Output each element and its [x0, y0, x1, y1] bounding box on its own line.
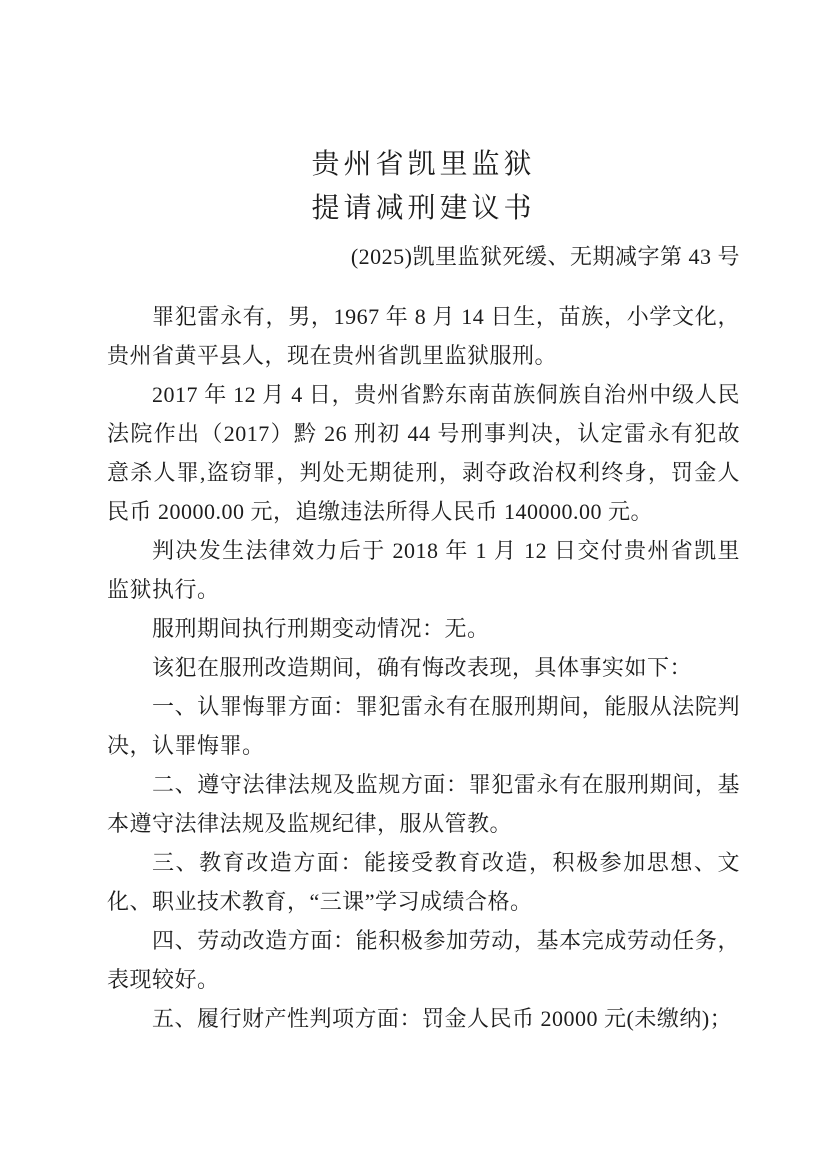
paragraph-item-2-compliance: 二、遵守法律法规及监规方面：罪犯雷永有在服刑期间，基本遵守法律法规及监规纪律，服…: [107, 765, 740, 843]
paragraph-term-changes: 服刑期间执行刑期变动情况：无。: [107, 609, 740, 648]
paragraph-prisoner-info: 罪犯雷永有，男，1967 年 8 月 14 日生，苗族，小学文化，贵州省黄平县人…: [107, 297, 740, 375]
title-line-prison-name: 贵州省凯里监狱: [107, 143, 740, 187]
paragraph-repentance-intro: 该犯在服刑改造期间，确有悔改表现，具体事实如下：: [107, 648, 740, 687]
paragraph-delivery: 判决发生法律效力后于 2018 年 1 月 12 日交付贵州省凯里监狱执行。: [107, 531, 740, 609]
paragraph-item-4-labor: 四、劳动改造方面：能积极参加劳动，基本完成劳动任务，表现较好。: [107, 921, 740, 999]
title-line-document-type: 提请减刑建议书: [107, 187, 740, 231]
document-body: 罪犯雷永有，男，1967 年 8 月 14 日生，苗族，小学文化，贵州省黄平县人…: [107, 297, 740, 1038]
paragraph-judgment: 2017 年 12 月 4 日，贵州省黔东南苗族侗族自治州中级人民法院作出（20…: [107, 375, 740, 531]
case-number: (2025)凯里监狱死缓、无期减字第 43 号: [107, 237, 740, 276]
paragraph-item-3-education: 三、教育改造方面：能接受教育改造，积极参加思想、文化、职业技术教育，“三课”学习…: [107, 843, 740, 921]
document-content: 贵州省凯里监狱 提请减刑建议书 (2025)凯里监狱死缓、无期减字第 43 号 …: [0, 0, 827, 1038]
paragraph-item-1-confession: 一、认罪悔罪方面：罪犯雷永有在服刑期间，能服从法院判决，认罪悔罪。: [107, 687, 740, 765]
paragraph-item-5-property: 五、履行财产性判项方面：罚金人民币 20000 元(未缴纳)；: [107, 999, 740, 1038]
document-page: 贵州省凯里监狱 提请减刑建议书 (2025)凯里监狱死缓、无期减字第 43 号 …: [0, 0, 827, 1169]
document-title: 贵州省凯里监狱 提请减刑建议书: [107, 143, 740, 231]
